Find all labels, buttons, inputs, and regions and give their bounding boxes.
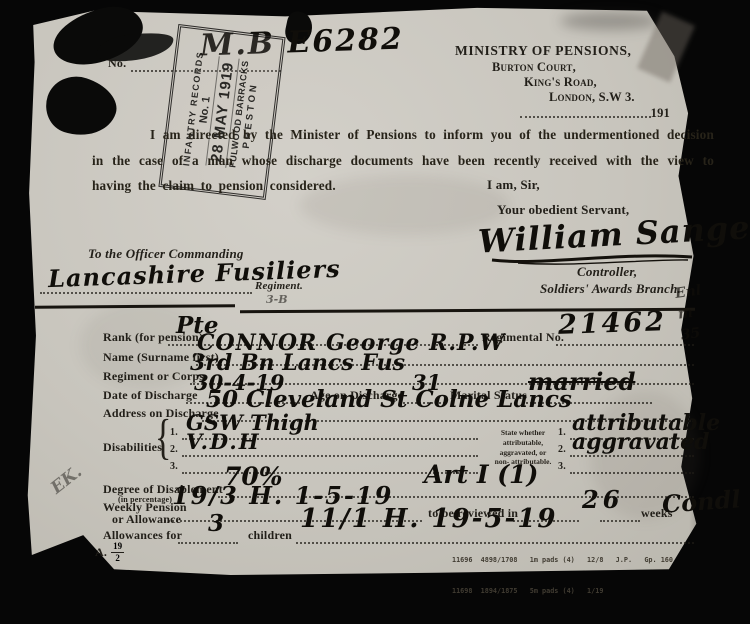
date-year-prefix: 191 [651,106,670,121]
regimental-no-value: 21462 [558,308,668,339]
discharge-date-label: Date of Discharge [103,388,198,403]
children-label: children [248,528,292,543]
disability-2-name: V.D.H [186,431,261,452]
letterhead-kings-road: King's Road, [524,75,597,90]
disability-2-num: 2. [170,444,178,455]
degree-article: Art I (1) [424,462,538,487]
printers-imprint: 11696 4898/1708 1m pads (4) 12/8 J.P. Gp… [452,535,673,617]
left-brace: { [155,411,171,466]
imprint-line-2: 11698 1894/1875 5m pads (4) 1/19 [452,586,673,596]
regiment-suffix-label: Regiment. [255,280,303,292]
imprint-line-1: 11696 4898/1708 1m pads (4) 12/8 J.P. Gp… [452,555,673,565]
closing-i-am: I am, Sir, [487,177,540,193]
dotted-line [178,542,238,544]
signature-role-branch: Soldiers' Awards Branch. [540,281,681,297]
review-note: Condl [661,487,741,516]
ink-smudge [560,12,660,30]
address-value: 50 Cleveland St Colne Lancs [206,388,572,411]
letter-body: I am directed by the Minister of Pension… [92,122,714,199]
form-code-numerator: 19 [111,542,124,553]
dotted-line [600,520,640,522]
addressee-note: 3-B [266,294,288,305]
status-1-num: 1. [558,427,566,438]
scanned-document: No. M.B E6282 INFANTRY RECORDS No. 1 28 … [0,0,750,624]
form-code-denominator: 2 [111,553,124,563]
regiment-label: Regiment or Corps [103,369,204,384]
letterhead-ministry: MINISTRY OF PENSIONS, [455,43,632,59]
dotted-line [40,292,252,294]
form-code-fraction: 19 2 [111,542,124,563]
reference-no-label: No. [108,56,126,71]
allowances-value: 3 [208,512,224,535]
dotted-line [556,344,694,346]
dotted-line [520,116,651,118]
signature-role-controller: Controller, [577,264,637,280]
date-line: 191 [520,106,670,121]
status-3-num: 3. [558,461,566,472]
dotted-line [570,472,694,474]
status-2-num: 2. [558,444,566,455]
dotted-line [570,455,694,457]
allowances-note: 11/1 H. 19-5-19 [300,506,558,532]
form-code: A. 19 2 [95,542,124,563]
dotted-line [182,455,478,457]
disability-3-num: 3. [170,461,178,472]
letterhead-burton-court: Burton Court, [492,60,576,75]
letterhead-london: London, S.W 3. [549,90,635,105]
status-2-value: aggravated [572,431,709,453]
disabilities-label: Disabilities [103,440,162,455]
form-code-prefix: A. [95,545,107,559]
review-value: 26 [582,488,623,512]
disability-1-num: 1. [170,427,178,438]
